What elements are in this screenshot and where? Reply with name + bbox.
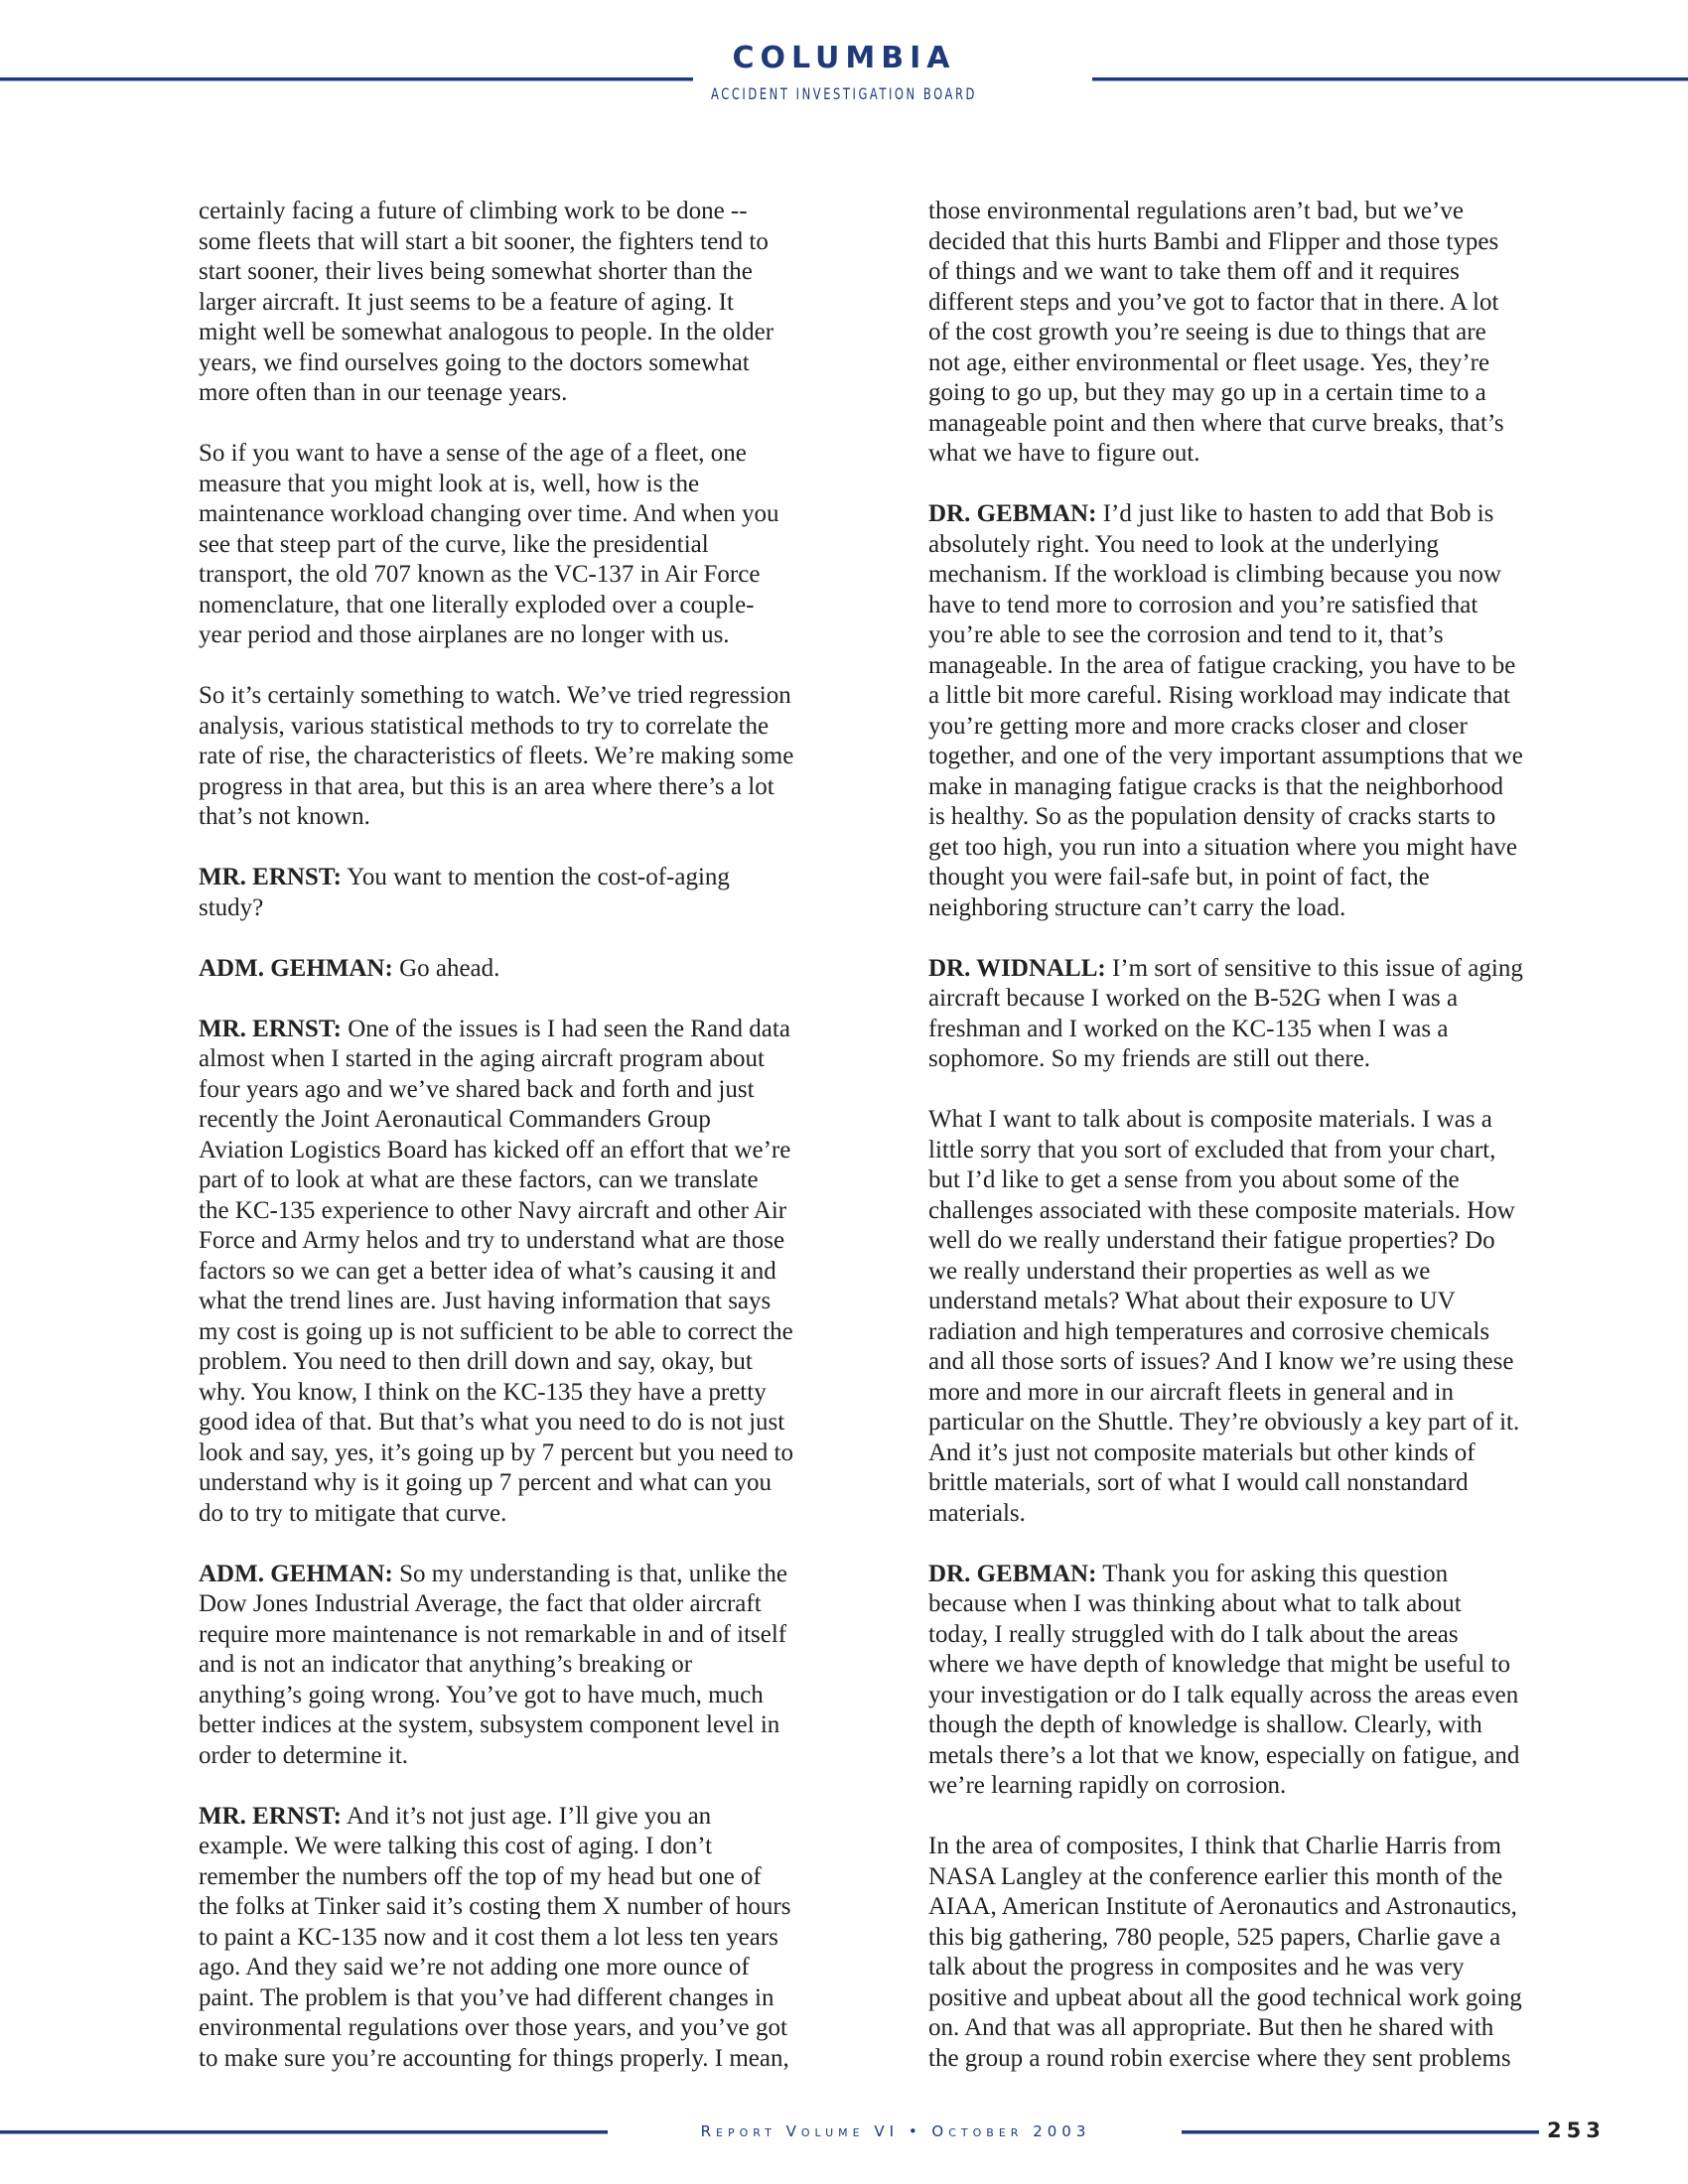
text-line: So if you want to have a sense of the ag… <box>199 439 874 470</box>
transcript-paragraph: MR. ERNST: And it’s not just age. I’ll g… <box>199 1802 874 2075</box>
line-text: good idea of that. But that’s what you n… <box>199 1409 784 1435</box>
text-line: DR. GEBMAN: I’d just like to hasten to a… <box>928 499 1604 530</box>
line-text: metals there’s a lot that we know, espec… <box>928 1742 1519 1769</box>
line-text: start sooner, their lives being somewhat… <box>199 258 753 285</box>
text-line: this big gathering, 780 people, 525 pape… <box>928 1923 1604 1954</box>
text-line: we’re learning rapidly on corrosion. <box>928 1771 1604 1802</box>
line-text: So it’s certainly something to watch. We… <box>199 682 791 709</box>
text-line: ADM. GEHMAN: Go ahead. <box>199 954 874 985</box>
text-line: rate of rise, the characteristics of fle… <box>199 742 874 772</box>
transcript-paragraph: ADM. GEHMAN: Go ahead. <box>199 954 874 985</box>
text-line: example. We were talking this cost of ag… <box>199 1832 874 1862</box>
line-text: we’re learning rapidly on corrosion. <box>928 1772 1286 1799</box>
line-text: transport, the old 707 known as the VC-1… <box>199 561 760 588</box>
text-line: some fleets that will start a bit sooner… <box>199 227 874 258</box>
line-text: not age, either environmental or fleet u… <box>928 349 1489 376</box>
line-text: better indices at the system, subsystem … <box>199 1711 779 1738</box>
text-line: understand why is it going up 7 percent … <box>199 1468 874 1499</box>
line-text: to paint a KC-135 now and it cost them a… <box>199 1924 778 1951</box>
text-line: year period and those airplanes are no l… <box>199 620 874 651</box>
right-column: those environmental regulations aren’t b… <box>928 197 1604 2105</box>
text-line: get too high, you run into a situation w… <box>928 833 1604 864</box>
line-text: might well be somewhat analogous to peop… <box>199 319 774 345</box>
text-line: of the cost growth you’re seeing is due … <box>928 318 1604 348</box>
text-line: analysis, various statistical methods to… <box>199 712 874 743</box>
text-line: decided that this hurts Bambi and Flippe… <box>928 227 1604 258</box>
text-line: anything’s going wrong. You’ve got to ha… <box>199 1681 874 1711</box>
text-line: good idea of that. But that’s what you n… <box>199 1408 874 1438</box>
line-text: almost when I started in the aging aircr… <box>199 1045 765 1072</box>
speaker-name: MR. ERNST: <box>199 1016 342 1042</box>
line-text: What I want to talk about is composite m… <box>928 1106 1492 1133</box>
transcript-paragraph: those environmental regulations aren’t b… <box>928 197 1604 470</box>
text-line: manageable point and then where that cur… <box>928 409 1604 440</box>
text-line: positive and upbeat about all the good t… <box>928 1983 1604 2014</box>
text-line: those environmental regulations aren’t b… <box>928 197 1604 227</box>
text-line: different steps and you’ve got to factor… <box>928 288 1604 319</box>
text-line: DR. GEBMAN: Thank you for asking this qu… <box>928 1560 1604 1590</box>
line-text: the folks at Tinker said it’s costing th… <box>199 1893 790 1920</box>
text-line: mechanism. If the workload is climbing b… <box>928 560 1604 591</box>
text-line: manageable. In the area of fatigue crack… <box>928 651 1604 682</box>
line-text: different steps and you’ve got to factor… <box>928 289 1498 316</box>
text-line: today, I really struggled with do I talk… <box>928 1620 1604 1651</box>
text-line: the KC-135 experience to other Navy airc… <box>199 1196 874 1227</box>
line-text: decided that this hurts Bambi and Flippe… <box>928 228 1498 255</box>
text-line: Force and Army helos and try to understa… <box>199 1226 874 1257</box>
line-text: So if you want to have a sense of the ag… <box>199 440 747 467</box>
line-text: sophomore. So my friends are still out t… <box>928 1045 1370 1072</box>
text-line: almost when I started in the aging aircr… <box>199 1044 874 1075</box>
text-line: DR. WIDNALL: I’m sort of sensitive to th… <box>928 954 1604 985</box>
line-text: and all those sorts of issues? And I kno… <box>928 1348 1513 1375</box>
line-text: today, I really struggled with do I talk… <box>928 1621 1459 1648</box>
text-line: thought you were fail-safe but, in point… <box>928 863 1604 893</box>
text-line: And it’s just not composite materials bu… <box>928 1438 1604 1469</box>
text-line: NASA Langley at the conference earlier t… <box>928 1862 1604 1893</box>
line-text: the group a round robin exercise where t… <box>928 2045 1511 2072</box>
line-text: together, and one of the very important … <box>928 743 1523 769</box>
transcript-paragraph: DR. GEBMAN: I’d just like to hasten to a… <box>928 499 1604 923</box>
header-title: COLUMBIA <box>0 44 1688 73</box>
line-text: brittle materials, sort of what I would … <box>928 1469 1469 1496</box>
line-text: I’d just like to hasten to add that Bob … <box>1096 500 1493 527</box>
text-line: years, we find ourselves going to the do… <box>199 348 874 379</box>
line-text: and is not an indicator that anything’s … <box>199 1651 692 1678</box>
text-line: going to go up, but they may go up in a … <box>928 378 1604 409</box>
line-text: analysis, various statistical methods to… <box>199 713 769 740</box>
line-text: we really understand their properties as… <box>928 1258 1430 1285</box>
text-line: together, and one of the very important … <box>928 742 1604 772</box>
line-text: maintenance workload changing over time.… <box>199 500 779 527</box>
transcript-paragraph: MR. ERNST: One of the issues is I had se… <box>199 1015 874 1530</box>
text-line: larger aircraft. It just seems to be a f… <box>199 288 874 319</box>
line-text: Go ahead. <box>393 955 500 982</box>
line-text: four years ago and we’ve shared back and… <box>199 1076 755 1103</box>
text-line: not age, either environmental or fleet u… <box>928 348 1604 379</box>
line-text: remember the numbers off the top of my h… <box>199 1863 762 1890</box>
header-rule-right <box>1092 77 1688 81</box>
line-text: nomenclature, that one literally explode… <box>199 592 755 618</box>
line-text: year period and those airplanes are no l… <box>199 621 730 648</box>
line-text: anything’s going wrong. You’ve got to ha… <box>199 1682 764 1708</box>
text-line: study? <box>199 893 874 924</box>
text-line: that’s not known. <box>199 802 874 833</box>
text-line: and all those sorts of issues? And I kno… <box>928 1347 1604 1378</box>
text-line: well do we really understand their fatig… <box>928 1226 1604 1257</box>
line-text: more and more in our aircraft fleets in … <box>928 1379 1454 1406</box>
line-text: get too high, you run into a situation w… <box>928 834 1517 861</box>
text-line: but I’d like to get a sense from you abo… <box>928 1165 1604 1196</box>
line-text: So my understanding is that, unlike the <box>393 1561 787 1587</box>
line-text: you’re getting more and more cracks clos… <box>928 713 1468 740</box>
text-line: you’re able to see the corrosion and ten… <box>928 620 1604 651</box>
text-line: more and more in our aircraft fleets in … <box>928 1378 1604 1409</box>
line-text: I’m sort of sensitive to this issue of a… <box>1106 955 1523 982</box>
text-line: challenges associated with these composi… <box>928 1196 1604 1227</box>
text-line: radiation and high temperatures and corr… <box>928 1317 1604 1348</box>
line-text: little sorry that you sort of excluded t… <box>928 1137 1495 1163</box>
text-line: particular on the Shuttle. They’re obvio… <box>928 1408 1604 1438</box>
line-text: where we have depth of knowledge that mi… <box>928 1651 1510 1678</box>
line-text: well do we really understand their fatig… <box>928 1227 1495 1254</box>
text-line: require more maintenance is not remarkab… <box>199 1620 874 1651</box>
transcript-paragraph: So if you want to have a sense of the ag… <box>199 439 874 651</box>
text-line: do to try to mitigate that curve. <box>199 1499 874 1530</box>
text-line: make in managing fatigue cracks is that … <box>928 772 1604 803</box>
line-text: is healthy. So as the population density… <box>928 803 1495 830</box>
transcript-paragraph: DR. GEBMAN: Thank you for asking this qu… <box>928 1560 1604 1802</box>
footer-report-label: Report Volume VI • October 2003 <box>618 2121 1174 2141</box>
text-line: MR. ERNST: You want to mention the cost-… <box>199 863 874 893</box>
text-line: In the area of composites, I think that … <box>928 1832 1604 1862</box>
transcript-paragraph: So it’s certainly something to watch. We… <box>199 681 874 833</box>
text-line: you’re getting more and more cracks clos… <box>928 712 1604 743</box>
text-line: aircraft because I worked on the B-52G w… <box>928 984 1604 1015</box>
line-text: progress in that area, but this is an ar… <box>199 773 774 800</box>
text-line: four years ago and we’ve shared back and… <box>199 1075 874 1106</box>
text-line: my cost is going up is not sufficient to… <box>199 1317 874 1348</box>
text-line: understand metals? What about their expo… <box>928 1287 1604 1317</box>
line-text: environmental regulations over those yea… <box>199 2014 787 2041</box>
text-line: start sooner, their lives being somewhat… <box>199 257 874 288</box>
line-text: to make sure you’re accounting for thing… <box>199 2045 789 2072</box>
text-line: ago. And they said we’re not adding one … <box>199 1953 874 1983</box>
speaker-name: DR. GEBMAN: <box>928 1561 1096 1587</box>
line-text: those environmental regulations aren’t b… <box>928 198 1464 224</box>
line-text: years, we find ourselves going to the do… <box>199 349 750 376</box>
line-text: have to tend more to corrosion and you’r… <box>928 592 1477 618</box>
text-line: might well be somewhat analogous to peop… <box>199 318 874 348</box>
transcript-paragraph: ADM. GEHMAN: So my understanding is that… <box>199 1560 874 1772</box>
text-line: problem. You need to then drill down and… <box>199 1347 874 1378</box>
line-text: going to go up, but they may go up in a … <box>928 379 1486 406</box>
text-line: to paint a KC-135 now and it cost them a… <box>199 1923 874 1954</box>
line-text: ago. And they said we’re not adding one … <box>199 1954 750 1980</box>
transcript-paragraph: In the area of composites, I think that … <box>928 1832 1604 2074</box>
line-text: mechanism. If the workload is climbing b… <box>928 561 1501 588</box>
header-subtitle: ACCIDENT INVESTIGATION BOARD <box>169 85 1519 103</box>
speaker-name: ADM. GEHMAN: <box>199 1561 393 1587</box>
line-text: Dow Jones Industrial Average, the fact t… <box>199 1590 762 1617</box>
speaker-name: ADM. GEHMAN: <box>199 955 393 982</box>
text-line: MR. ERNST: And it’s not just age. I’ll g… <box>199 1802 874 1833</box>
line-text: my cost is going up is not sufficient to… <box>199 1318 793 1345</box>
footer-rule-right <box>1182 2130 1539 2134</box>
speaker-name: MR. ERNST: <box>199 864 342 890</box>
line-text: do to try to mitigate that curve. <box>199 1500 506 1527</box>
text-line: nomenclature, that one literally explode… <box>199 591 874 621</box>
line-text: And it’s just not composite materials bu… <box>928 1439 1476 1466</box>
text-line: better indices at the system, subsystem … <box>199 1710 874 1741</box>
line-text: challenges associated with these composi… <box>928 1197 1515 1224</box>
line-text: problem. You need to then drill down and… <box>199 1348 753 1375</box>
text-line: we really understand their properties as… <box>928 1257 1604 1288</box>
text-line: the group a round robin exercise where t… <box>928 2044 1604 2075</box>
text-line: and is not an indicator that anything’s … <box>199 1650 874 1681</box>
line-text: rate of rise, the characteristics of fle… <box>199 743 793 769</box>
line-text: In the area of composites, I think that … <box>928 1833 1501 1859</box>
text-line: Dow Jones Industrial Average, the fact t… <box>199 1589 874 1620</box>
line-text: particular on the Shuttle. They’re obvio… <box>928 1409 1519 1435</box>
line-text: a little bit more careful. Rising worklo… <box>928 682 1510 709</box>
text-line: factors so we can get a better idea of w… <box>199 1257 874 1288</box>
text-line: your investigation or do I talk equally … <box>928 1681 1604 1711</box>
text-line: materials. <box>928 1499 1604 1530</box>
line-text: paint. The problem is that you’ve had di… <box>199 1984 774 2011</box>
line-text: you’re able to see the corrosion and ten… <box>928 621 1444 648</box>
line-text: because when I was thinking about what t… <box>928 1590 1462 1617</box>
text-line: Aviation Logistics Board has kicked off … <box>199 1136 874 1166</box>
line-text: absolutely right. You need to look at th… <box>928 531 1439 558</box>
speaker-name: MR. ERNST: <box>199 1803 342 1830</box>
text-line: on. And that was all appropriate. But th… <box>928 2013 1604 2044</box>
text-line: measure that you might look at is, well,… <box>199 470 874 500</box>
line-text: positive and upbeat about all the good t… <box>928 1984 1522 2011</box>
line-text: though the depth of knowledge is shallow… <box>928 1711 1482 1738</box>
text-line: to make sure you’re accounting for thing… <box>199 2044 874 2075</box>
text-line: progress in that area, but this is an ar… <box>199 772 874 803</box>
line-text: that’s not known. <box>199 803 370 830</box>
text-line: remember the numbers off the top of my h… <box>199 1862 874 1893</box>
text-line: more often than in our teenage years. <box>199 378 874 409</box>
text-line: have to tend more to corrosion and you’r… <box>928 591 1604 621</box>
line-text: factors so we can get a better idea of w… <box>199 1258 776 1285</box>
text-line: what we have to figure out. <box>928 439 1604 470</box>
text-line: So it’s certainly something to watch. We… <box>199 681 874 712</box>
text-line: a little bit more careful. Rising worklo… <box>928 681 1604 712</box>
line-text: your investigation or do I talk equally … <box>928 1682 1518 1708</box>
text-line: neighboring structure can’t carry the lo… <box>928 893 1604 924</box>
text-line: transport, the old 707 known as the VC-1… <box>199 560 874 591</box>
speaker-name: DR. GEBMAN: <box>928 500 1096 527</box>
left-column: certainly facing a future of climbing wo… <box>199 197 874 2105</box>
text-line: AIAA, American Institute of Aeronautics … <box>928 1892 1604 1923</box>
line-text: And it’s not just age. I’ll give you an <box>342 1803 711 1830</box>
text-line: certainly facing a future of climbing wo… <box>199 197 874 227</box>
line-text: example. We were talking this cost of ag… <box>199 1833 712 1859</box>
line-text: more often than in our teenage years. <box>199 379 567 406</box>
line-text: look and say, yes, it’s going up by 7 pe… <box>199 1439 793 1466</box>
text-line: little sorry that you sort of excluded t… <box>928 1136 1604 1166</box>
line-text: what the trend lines are. Just having in… <box>199 1288 771 1314</box>
text-line: freshman and I worked on the KC-135 when… <box>928 1015 1604 1045</box>
text-line: order to determine it. <box>199 1741 874 1772</box>
line-text: manageable point and then where that cur… <box>928 410 1504 437</box>
text-line: talk about the progress in composites an… <box>928 1953 1604 1983</box>
line-text: freshman and I worked on the KC-135 when… <box>928 1016 1448 1042</box>
line-text: part of to look at what are these factor… <box>199 1166 759 1193</box>
footer-rule-left <box>0 2130 608 2134</box>
text-line: brittle materials, sort of what I would … <box>928 1468 1604 1499</box>
line-text: make in managing fatigue cracks is that … <box>928 773 1503 800</box>
line-text: talk about the progress in composites an… <box>928 1954 1464 1980</box>
text-line: sophomore. So my friends are still out t… <box>928 1044 1604 1075</box>
text-line: why. You know, I think on the KC-135 the… <box>199 1378 874 1409</box>
text-line: maintenance workload changing over time.… <box>199 499 874 530</box>
transcript-paragraph: MR. ERNST: You want to mention the cost-… <box>199 863 874 923</box>
text-line: absolutely right. You need to look at th… <box>928 530 1604 561</box>
line-text: this big gathering, 780 people, 525 pape… <box>928 1924 1500 1951</box>
text-line: because when I was thinking about what t… <box>928 1589 1604 1620</box>
text-line: look and say, yes, it’s going up by 7 pe… <box>199 1438 874 1469</box>
text-line: paint. The problem is that you’ve had di… <box>199 1983 874 2014</box>
line-text: AIAA, American Institute of Aeronautics … <box>928 1893 1517 1920</box>
line-text: order to determine it. <box>199 1742 408 1769</box>
text-line: MR. ERNST: One of the issues is I had se… <box>199 1015 874 1045</box>
line-text: understand why is it going up 7 percent … <box>199 1469 772 1496</box>
line-text: manageable. In the area of fatigue crack… <box>928 652 1515 679</box>
line-text: see that steep part of the curve, like t… <box>199 531 709 558</box>
line-text: recently the Joint Aeronautical Commande… <box>199 1106 711 1133</box>
text-line: of things and we want to take them off a… <box>928 257 1604 288</box>
line-text: what we have to figure out. <box>928 440 1200 467</box>
page-number: 253 <box>1547 2118 1626 2142</box>
line-text: neighboring structure can’t carry the lo… <box>928 894 1345 921</box>
text-line: though the depth of knowledge is shallow… <box>928 1710 1604 1741</box>
line-text: of things and we want to take them off a… <box>928 258 1460 285</box>
line-text: You want to mention the cost-of-aging <box>342 864 730 890</box>
line-text: radiation and high temperatures and corr… <box>928 1318 1489 1345</box>
text-line: recently the Joint Aeronautical Commande… <box>199 1105 874 1136</box>
header-rule-left <box>0 77 693 81</box>
text-line: metals there’s a lot that we know, espec… <box>928 1741 1604 1772</box>
line-text: of the cost growth you’re seeing is due … <box>928 319 1486 345</box>
line-text: some fleets that will start a bit sooner… <box>199 228 769 255</box>
text-line: environmental regulations over those yea… <box>199 2013 874 2044</box>
line-text: measure that you might look at is, well,… <box>199 471 699 497</box>
text-line: see that steep part of the curve, like t… <box>199 530 874 561</box>
line-text: certainly facing a future of climbing wo… <box>199 198 748 224</box>
text-line: part of to look at what are these factor… <box>199 1165 874 1196</box>
line-text: thought you were fail-safe but, in point… <box>928 864 1430 890</box>
speaker-name: DR. WIDNALL: <box>928 955 1106 982</box>
line-text: require more maintenance is not remarkab… <box>199 1621 786 1648</box>
line-text: materials. <box>928 1500 1026 1527</box>
transcript-paragraph: DR. WIDNALL: I’m sort of sensitive to th… <box>928 954 1604 1075</box>
line-text: One of the issues is I had seen the Rand… <box>342 1016 790 1042</box>
transcript-paragraph: certainly facing a future of climbing wo… <box>199 197 874 409</box>
text-line: what the trend lines are. Just having in… <box>199 1287 874 1317</box>
line-text: aircraft because I worked on the B-52G w… <box>928 985 1458 1012</box>
line-text: larger aircraft. It just seems to be a f… <box>199 289 734 316</box>
text-line: where we have depth of knowledge that mi… <box>928 1650 1604 1681</box>
line-text: Thank you for asking this question <box>1096 1561 1448 1587</box>
line-text: why. You know, I think on the KC-135 the… <box>199 1379 767 1406</box>
text-line: ADM. GEHMAN: So my understanding is that… <box>199 1560 874 1590</box>
line-text: on. And that was all appropriate. But th… <box>928 2014 1493 2041</box>
line-text: the KC-135 experience to other Navy airc… <box>199 1197 786 1224</box>
transcript-paragraph: What I want to talk about is composite m… <box>928 1105 1604 1529</box>
line-text: NASA Langley at the conference earlier t… <box>928 1863 1502 1890</box>
text-line: is healthy. So as the population density… <box>928 802 1604 833</box>
line-text: but I’d like to get a sense from you abo… <box>928 1166 1460 1193</box>
text-line: the folks at Tinker said it’s costing th… <box>199 1892 874 1923</box>
text-line: What I want to talk about is composite m… <box>928 1105 1604 1136</box>
line-text: Aviation Logistics Board has kicked off … <box>199 1137 790 1163</box>
line-text: understand metals? What about their expo… <box>928 1288 1456 1314</box>
line-text: study? <box>199 894 263 921</box>
line-text: Force and Army helos and try to understa… <box>199 1227 784 1254</box>
